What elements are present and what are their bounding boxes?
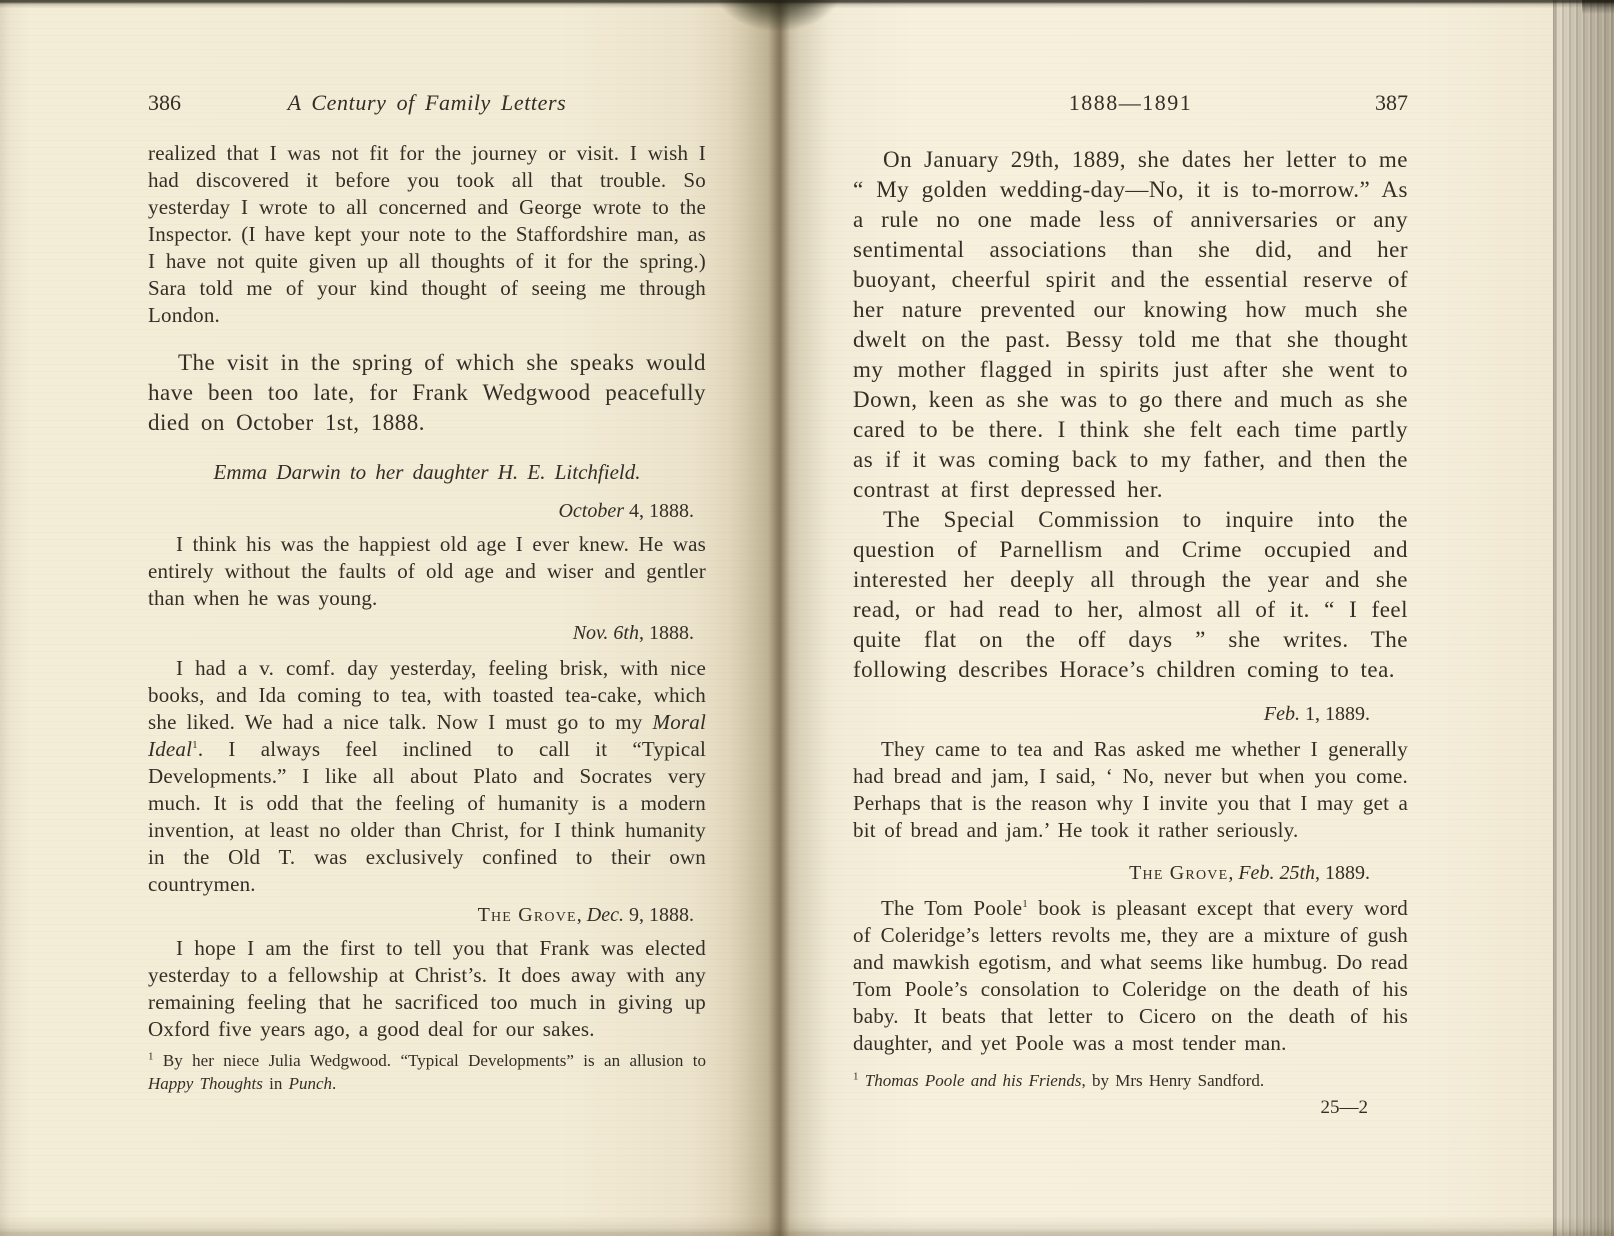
dateline-month: October <box>558 500 624 522</box>
paragraph-tom-poole: The Tom Poole1 book is pleasant except t… <box>853 895 1408 1057</box>
footnote-segment: By her niece Julia Wedgwood. “Typical De… <box>154 1051 707 1070</box>
footnote-segment: . <box>332 1074 336 1093</box>
paragraph-happiest-old-age: I think his was the happiest old age I e… <box>148 531 706 612</box>
dateline-month: Nov. 6th <box>573 622 639 644</box>
footnote-segment: , by Mrs Henry Sandford. <box>1081 1071 1264 1090</box>
right-page-header: 1888—1891 387 <box>853 88 1408 118</box>
footnote-left-page: 1 By her niece Julia Wedgwood. “Typical … <box>148 1049 706 1095</box>
dateline-grove-february-25-1889: The Grove, Feb. 25th, 1889. <box>853 860 1408 887</box>
left-page-text-block: 386 A Century of Family Letters realized… <box>148 88 706 1095</box>
paragraph-special-commission: The Special Commission to inquire into t… <box>853 505 1408 685</box>
paragraph-segment: The Tom Poole <box>881 896 1022 920</box>
dateline-separator: , <box>1228 862 1238 884</box>
dateline-november-6-1888: Nov. 6th, 1888. <box>148 620 706 647</box>
paragraph-segment: I had a v. comf. day yesterday, feeling … <box>148 656 706 734</box>
dateline-month: Feb. <box>1264 703 1300 725</box>
right-running-title: 1888—1891 <box>853 88 1408 118</box>
dateline-rest: , 1889. <box>1315 862 1370 884</box>
dateline-grove-december-9-1888: The Grove, Dec. 9, 1888. <box>148 902 706 929</box>
book-title-happy-thoughts: Happy Thoughts <box>148 1074 263 1093</box>
footnote-right-page: 1 Thomas Poole and his Friends, by Mrs H… <box>853 1069 1408 1092</box>
right-page-text-block: 1888—1891 387 On January 29th, 1889, she… <box>853 88 1408 1120</box>
footnote-segment: in <box>263 1074 289 1093</box>
book-title-thomas-poole: Thomas Poole and his Friends <box>865 1071 1082 1090</box>
dateline-month: Dec. <box>587 904 624 926</box>
left-running-title: A Century of Family Letters <box>148 88 706 118</box>
paragraph-moral-ideal: I had a v. comf. day yesterday, feeling … <box>148 655 706 898</box>
left-page-header: 386 A Century of Family Letters <box>148 88 706 118</box>
paragraph-segment: . I always feel inclined to call it “Typ… <box>148 737 706 896</box>
paragraph-bread-and-jam: They came to tea and Ras asked me whethe… <box>853 736 1408 844</box>
dateline-february-1-1889: Feb. 1, 1889. <box>853 701 1408 728</box>
dateline-separator: , <box>577 904 587 926</box>
dateline-rest: 4, 1888. <box>624 500 694 522</box>
dateline-rest: , 1888. <box>639 622 694 644</box>
periodical-title-punch: Punch <box>289 1074 332 1093</box>
dateline-rest: 9, 1888. <box>624 904 694 926</box>
left-page-number: 386 <box>148 88 181 118</box>
paragraph-golden-wedding: On January 29th, 1889, she dates her let… <box>853 145 1408 505</box>
dateline-october-4-1888: October 4, 1888. <box>148 498 706 525</box>
dateline-rest: 1, 1889. <box>1300 703 1370 725</box>
open-book: 386 A Century of Family Letters realized… <box>0 0 1614 1236</box>
paragraph-fellowship: I hope I am the first to tell you that F… <box>148 935 706 1043</box>
printers-signature-mark: 25—2 <box>853 1096 1408 1120</box>
right-page-number: 387 <box>1375 88 1408 118</box>
paragraph-frank-wedgwood-death: The visit in the spring of which she spe… <box>148 348 706 438</box>
dateline-place: The Grove <box>1129 862 1228 884</box>
page-edge-stack <box>1553 0 1614 1236</box>
paragraph-journey-continuation: realized that I was not fit for the jour… <box>148 140 706 329</box>
footnote-number: 1 <box>853 1070 859 1082</box>
dateline-month: Feb. 25th <box>1238 862 1315 884</box>
dateline-place: The Grove <box>478 904 577 926</box>
letter-heading-emma-darwin: Emma Darwin to her daughter H. E. Litchf… <box>148 458 706 486</box>
